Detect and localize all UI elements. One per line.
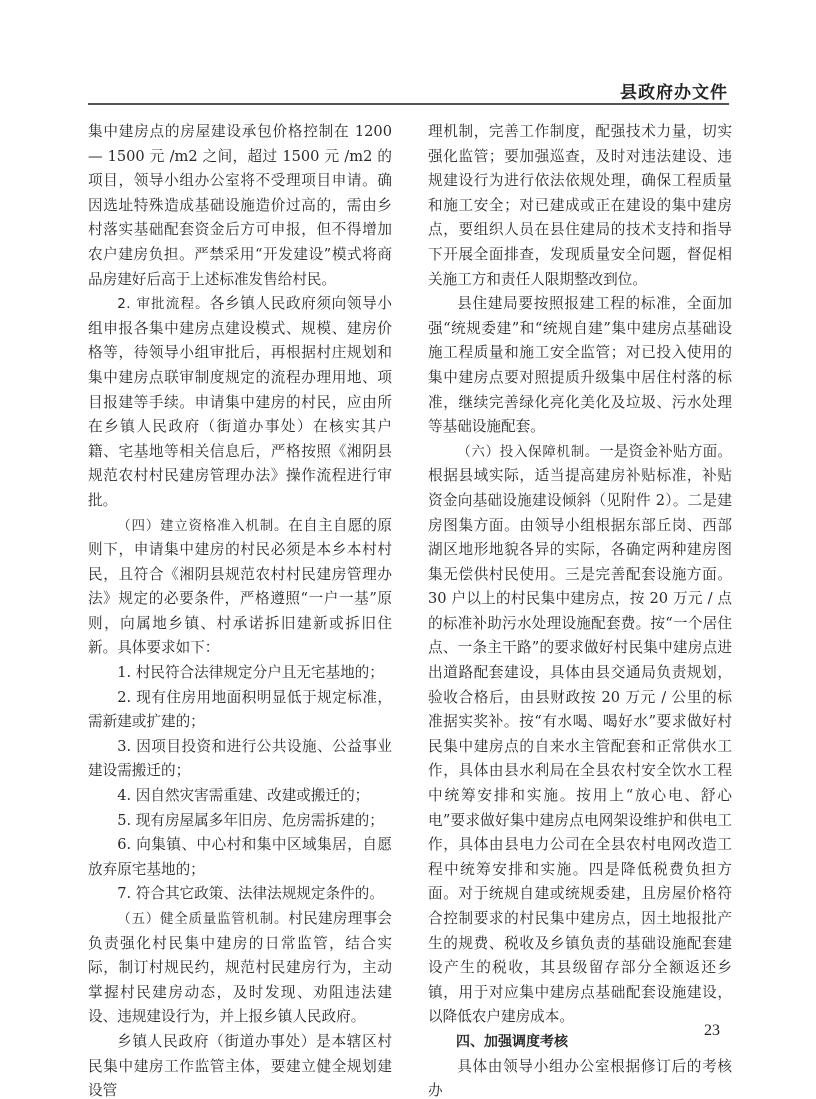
paragraph-text: 在自主自愿的原则下，申请集中建房的村民必须是本乡本村村民，且符合《湘阴县规范农村… bbox=[88, 517, 392, 657]
page-number: 23 bbox=[704, 1022, 720, 1040]
paragraph-text: 村民建房理事会负责强化村民集中建房的日常监管，结合实际，制订村规民约，规范村民建… bbox=[88, 910, 392, 1025]
right-column: 理机制，完善工作制度，配强技术力量，切实强化监管；要加强巡查，及时对违法建设、违… bbox=[428, 120, 732, 1099]
paragraph: 2. 审批流程。各乡镇人民政府须向领导小组申报各集中建房点建设模式、规模、建房价… bbox=[88, 292, 392, 513]
list-item: 7. 符合其它政策、法律法规规定条件的。 bbox=[88, 882, 392, 907]
section-heading: 四、加强调度考核 bbox=[428, 1030, 732, 1055]
list-item: 4. 因自然灾害需重建、改建或搬迁的； bbox=[88, 784, 392, 809]
list-item: 5. 现有房屋属多年旧房、危房需拆建的； bbox=[88, 809, 392, 834]
section-label: （五）健全质量监管机制。 bbox=[117, 911, 288, 927]
paragraph: （六）投入保障机制。一是资金补贴方面。根据县域实际，适当提高建房补贴标准，补贴资… bbox=[428, 440, 732, 1030]
paragraph: 集中建房点的房屋建设承包价格控制在 1200 — 1500 元 /m2 之间，超… bbox=[88, 120, 392, 292]
list-item: 3. 因项目投资和进行公共设施、公益事业建设需搬迁的； bbox=[88, 735, 392, 784]
paragraph: （五）健全质量监管机制。村民建房理事会负责强化村民集中建房的日常监管，结合实际，… bbox=[88, 907, 392, 1030]
list-item: 6. 向集镇、中心村和集中区域集居，自愿放弃原宅基地的； bbox=[88, 833, 392, 882]
header-title: 县政府办文件 bbox=[620, 78, 728, 103]
list-item: 2. 现有住房用地面积明显低于规定标准，需新建或扩建的； bbox=[88, 686, 392, 735]
paragraph: 乡镇人民政府（街道办事处）是本辖区村民集中建房工作监管主体，要建立健全规划建设管 bbox=[88, 1030, 392, 1099]
section-label: （四）建立资格准入机制。 bbox=[117, 518, 288, 534]
paragraph: （四）建立资格准入机制。在自主自愿的原则下，申请集中建房的村民必须是本乡本村村民… bbox=[88, 514, 392, 662]
header-rule bbox=[88, 103, 729, 105]
section-label: （六）投入保障机制。 bbox=[457, 444, 599, 460]
left-column: 集中建房点的房屋建设承包价格控制在 1200 — 1500 元 /m2 之间，超… bbox=[88, 120, 392, 1099]
paragraph-text: 各乡镇人民政府须向领导小组申报各集中建房点建设模式、规模、建房价格等，待领导小组… bbox=[88, 295, 392, 509]
list-item: 1. 村民符合法律规定分户且无宅基地的； bbox=[88, 661, 392, 686]
section-label: 2. 审批流程。 bbox=[117, 296, 210, 312]
paragraph-text: 一是资金补贴方面。根据县域实际，适当提高建房补贴标准，补贴资金向基础设施建设倾斜… bbox=[428, 443, 732, 1026]
paragraph: 具体由领导小组办公室根据修订后的考核办 bbox=[428, 1055, 732, 1099]
paragraph: 理机制，完善工作制度，配强技术力量，切实强化监管；要加强巡查，及时对违法建设、违… bbox=[428, 120, 732, 292]
paragraph: 县住建局要按照报建工程的标准，全面加强“统规委建”和“统规自建”集中建房点基础设… bbox=[428, 292, 732, 440]
